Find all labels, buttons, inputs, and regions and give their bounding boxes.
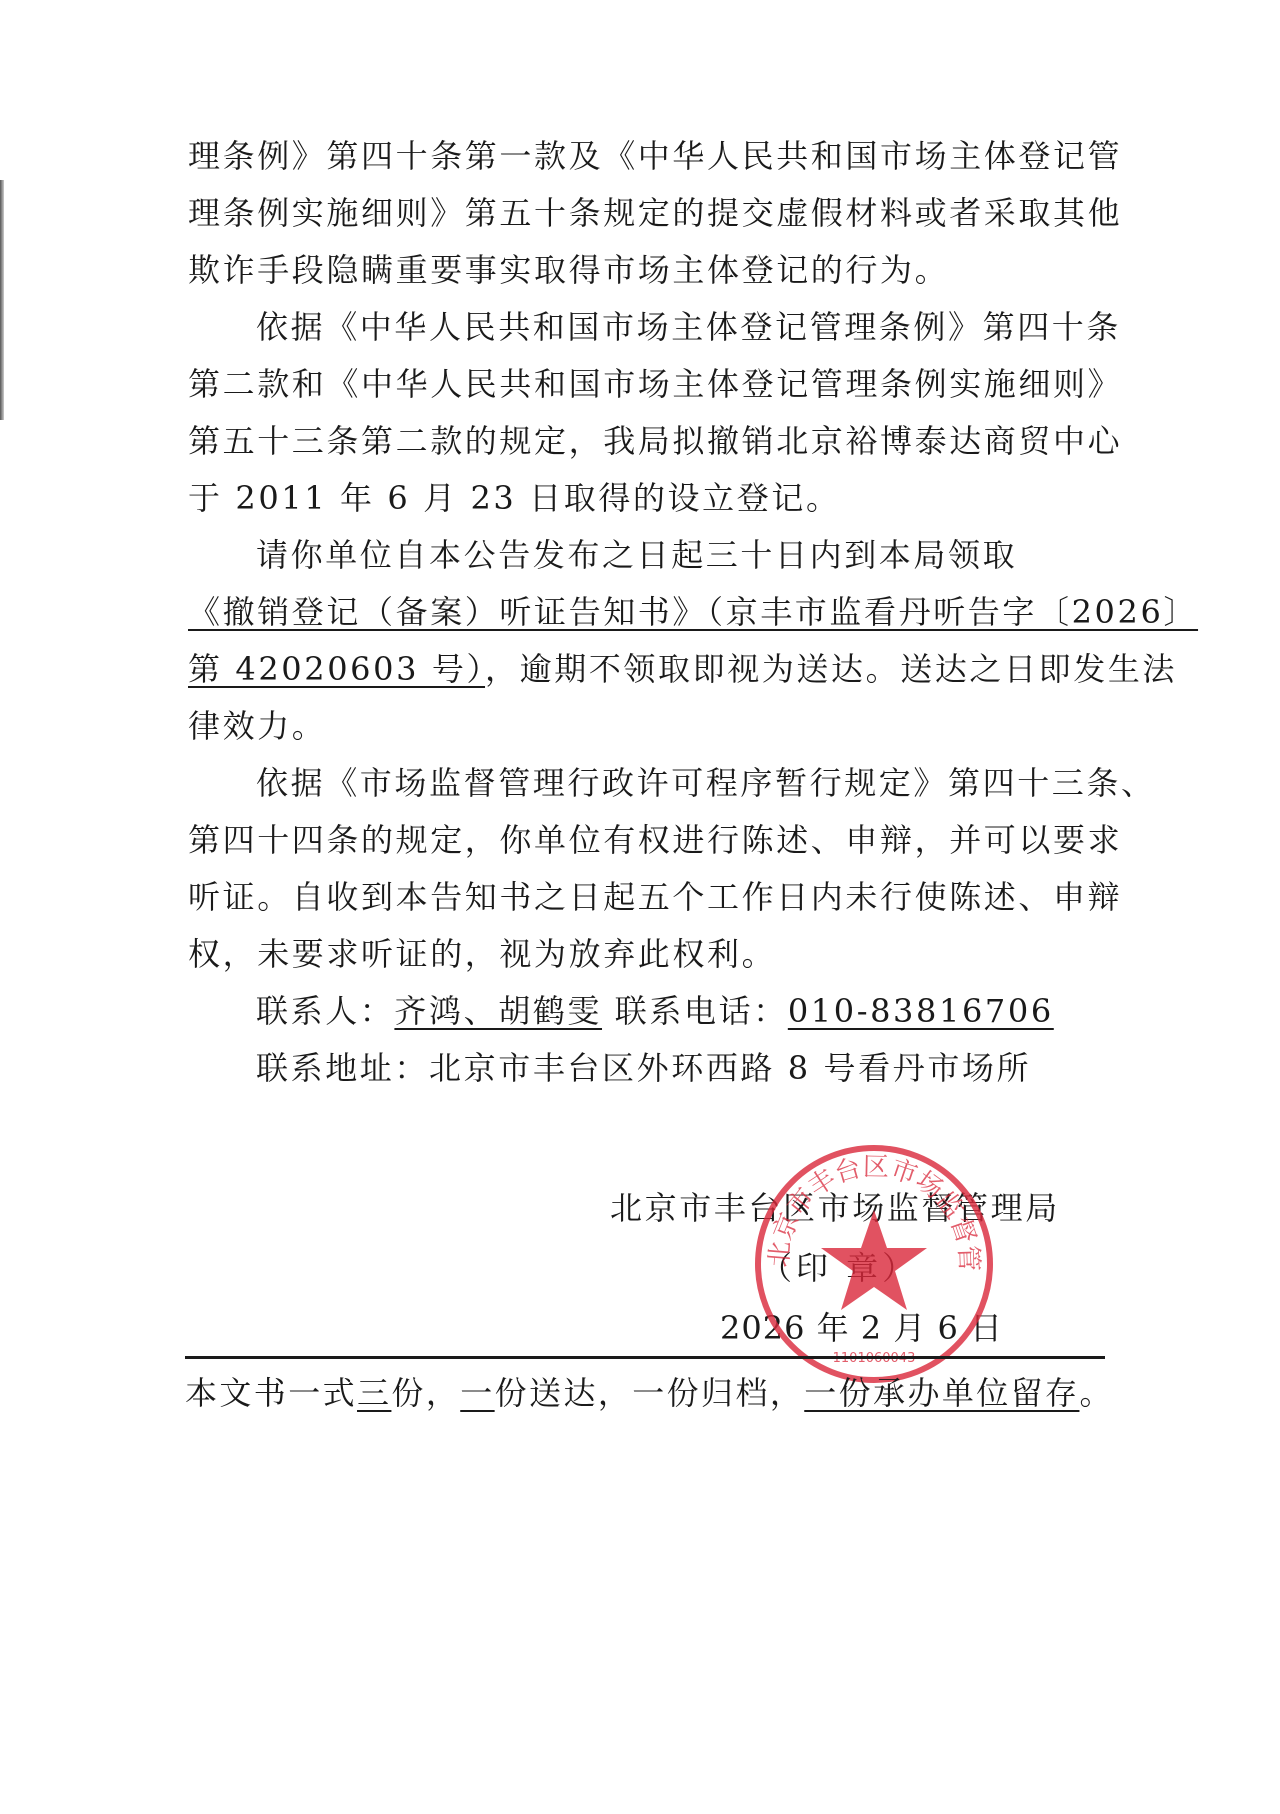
text-span: 份，: [391, 1374, 460, 1412]
text-span: ，逾期不领取即视为送达。送达之日即发生法: [485, 650, 1177, 688]
copies-note: 本文书一式三份，一份送达，一份归档，一份承办单位留存。: [185, 1365, 1114, 1422]
text-line: 理条例》第四十条第一款及《中华人民共和国市场主体登记管: [188, 128, 1118, 185]
paragraph-2: 依据《中华人民共和国市场主体登记管理条例》第四十条 第二款和《中华人民共和国市场…: [188, 299, 1118, 527]
paragraph-3: 请你单位自本公告发布之日起三十日内到本局领取 《撤销登记（备案）听证告知书》（京…: [188, 527, 1118, 755]
text-span: 本文书一式: [185, 1374, 357, 1412]
contact-block: 联系人：齐鸿、胡鹤雯 联系电话：010-83816706 联系地址：北京市丰台区…: [188, 983, 1118, 1097]
text-line: 欺诈手段隐瞒重要事实取得市场主体登记的行为。: [188, 242, 1118, 299]
issue-date: 2026 年 2 月 6 日: [720, 1303, 1003, 1349]
notice-number-underlined: 第 42020603 号）: [188, 650, 485, 688]
contact-person-value: 齐鸿、胡鹤雯: [394, 992, 602, 1030]
text-line: 《撤销登记（备案）听证告知书》（京丰市监看丹听告字〔2026〕: [188, 584, 1118, 641]
copies-count: 三: [357, 1374, 391, 1412]
document-page: 理条例》第四十条第一款及《中华人民共和国市场主体登记管 理条例实施细则》第五十条…: [188, 128, 1118, 1097]
contact-phone-label: 联系电话：: [615, 992, 788, 1030]
contact-line: 联系人：齐鸿、胡鹤雯 联系电话：010-83816706: [188, 983, 1118, 1040]
text-line: 于 2011 年 6 月 23 日取得的设立登记。: [188, 470, 1118, 527]
text-span: 。: [1079, 1374, 1113, 1412]
copies-retained: 一份承办单位留存: [804, 1374, 1079, 1412]
text-line: 第五十三条第二款的规定，我局拟撤销北京裕博泰达商贸中心: [188, 413, 1118, 470]
contact-address-value: 北京市丰台区外环西路 8 号看丹市场所: [429, 1049, 1031, 1087]
text-line: 律效力。: [188, 698, 1118, 755]
contact-address-label: 联系地址：: [256, 1049, 429, 1087]
text-span: 份送达，一份归档，: [495, 1374, 805, 1412]
paragraph-4: 依据《市场监督管理行政许可程序暂行规定》第四十三条、 第四十四条的规定，你单位有…: [188, 755, 1118, 983]
contact-person-label: 联系人：: [256, 992, 394, 1030]
paragraph-1: 理条例》第四十条第一款及《中华人民共和国市场主体登记管 理条例实施细则》第五十条…: [188, 128, 1118, 299]
issuing-organization: 北京市丰台区市场监督管理局: [610, 1183, 1060, 1229]
text-line: 依据《市场监督管理行政许可程序暂行规定》第四十三条、: [188, 755, 1118, 812]
text-line: 权，未要求听证的，视为放弃此权利。: [188, 926, 1118, 983]
notice-title-underlined: 《撤销登记（备案）听证告知书》（京丰市监看丹听告字〔2026〕: [188, 593, 1198, 631]
contact-phone-value: 010-83816706: [788, 992, 1054, 1030]
scan-edge-shadow: [0, 180, 4, 420]
address-line: 联系地址：北京市丰台区外环西路 8 号看丹市场所: [188, 1040, 1118, 1097]
footer-divider: [185, 1356, 1105, 1359]
text-line: 第 42020603 号），逾期不领取即视为送达。送达之日即发生法: [188, 641, 1118, 698]
text-line: 第二款和《中华人民共和国市场主体登记管理条例实施细则》: [188, 356, 1118, 413]
text-line: 依据《中华人民共和国市场主体登记管理条例》第四十条: [188, 299, 1118, 356]
text-line: 理条例实施细则》第五十条规定的提交虚假材料或者采取其他: [188, 185, 1118, 242]
text-line: 听证。自收到本告知书之日起五个工作日内未行使陈述、申辩: [188, 869, 1118, 926]
copies-delivered: 一: [460, 1374, 494, 1412]
seal-label: （印 章）: [760, 1243, 918, 1289]
text-line: 第四十四条的规定，你单位有权进行陈述、申辩，并可以要求: [188, 812, 1118, 869]
text-line: 请你单位自本公告发布之日起三十日内到本局领取: [188, 527, 1118, 584]
